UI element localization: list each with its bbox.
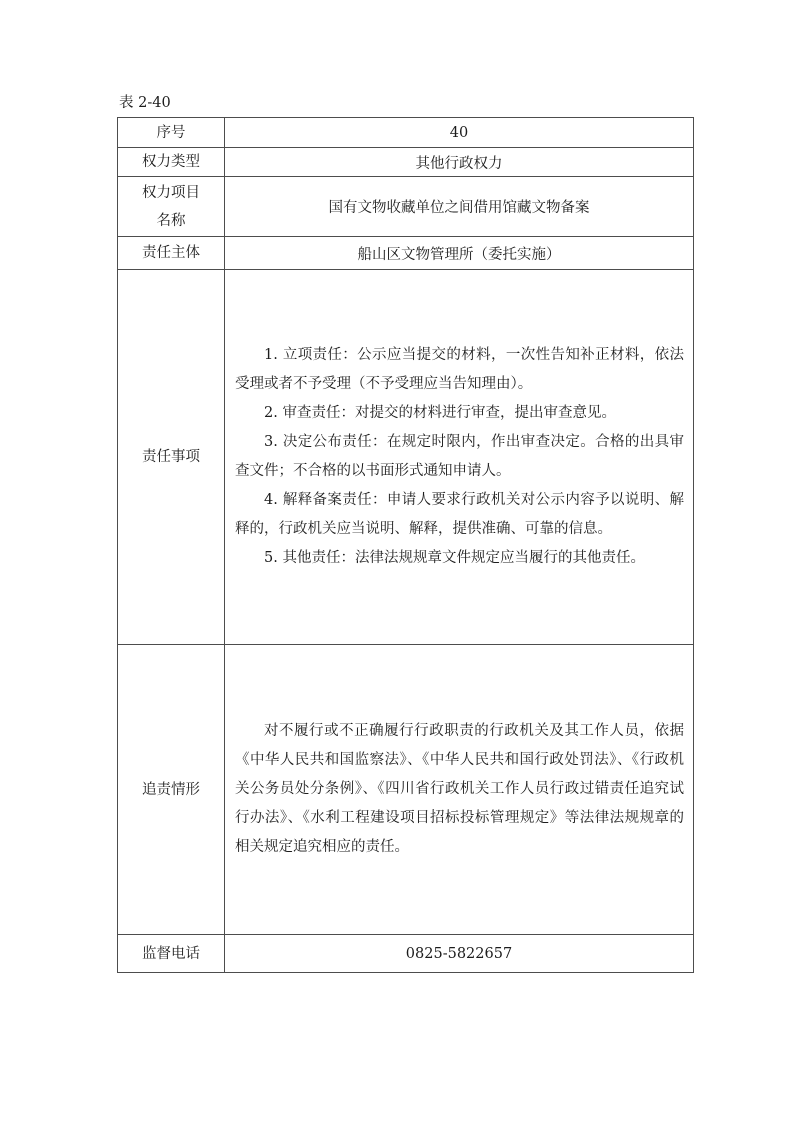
responsibility-table: 序号 40 权力类型 其他行政权力 权力项目 名称 国有文物收藏单位之间借用馆藏… [117, 117, 694, 973]
power-item-name-value: 国有文物收藏单位之间借用馆藏文物备案 [225, 177, 694, 237]
table-row-power-item-name: 权力项目 名称 国有文物收藏单位之间借用馆藏文物备案 [118, 177, 694, 237]
duty-items-text: 1. 立项责任：公示应当提交的材料，一次性告知补正材料，依法受理或者不予受理（不… [225, 270, 694, 645]
accountability-paragraph-1: 对不履行或不正确履行行政职责的行政机关及其工作人员，依据《中华人民共和国监察法》… [235, 717, 684, 862]
duty-paragraph-2: 2. 审查责任：对提交的材料进行审查，提出审查意见。 [235, 399, 684, 428]
accountability-text: 对不履行或不正确履行行政职责的行政机关及其工作人员，依据《中华人民共和国监察法》… [225, 645, 694, 935]
row-label-serial: 序号 [118, 118, 225, 148]
table-row-power-type: 权力类型 其他行政权力 [118, 148, 694, 177]
duty-paragraph-4: 4. 解释备案责任：申请人要求行政机关对公示内容予以说明、解释的，行政机关应当说… [235, 486, 684, 544]
duty-paragraph-5: 5. 其他责任：法律法规规章文件规定应当履行的其他责任。 [235, 544, 684, 573]
supervision-phone-value: 0825-5822657 [225, 935, 694, 973]
row-label-responsible-entity: 责任主体 [118, 237, 225, 270]
duty-paragraph-3: 3. 决定公布责任：在规定时限内，作出审查决定。合格的出具审查文件；不合格的以书… [235, 428, 684, 486]
responsible-entity-value: 船山区文物管理所（委托实施） [225, 237, 694, 270]
row-label-accountability: 追责情形 [118, 645, 225, 935]
row-label-power-item-line1: 权力项目 [122, 179, 220, 207]
table-row-responsible-entity: 责任主体 船山区文物管理所（委托实施） [118, 237, 694, 270]
serial-value: 40 [225, 118, 694, 148]
table-row-supervision-phone: 监督电话 0825-5822657 [118, 935, 694, 973]
table-row-duty-items: 责任事项 1. 立项责任：公示应当提交的材料，一次性告知补正材料，依法受理或者不… [118, 270, 694, 645]
table-row-serial: 序号 40 [118, 118, 694, 148]
row-label-power-type: 权力类型 [118, 148, 225, 177]
document-page: 表 2-40 序号 40 权力类型 其他行政权力 权力项目 名称 国有文物收藏单… [117, 95, 695, 973]
duty-paragraph-1: 1. 立项责任：公示应当提交的材料，一次性告知补正材料，依法受理或者不予受理（不… [235, 341, 684, 399]
row-label-duty-items: 责任事项 [118, 270, 225, 645]
table-caption: 表 2-40 [119, 95, 695, 111]
row-label-power-item-name: 权力项目 名称 [118, 177, 225, 237]
power-type-value: 其他行政权力 [225, 148, 694, 177]
row-label-power-item-line2: 名称 [122, 207, 220, 235]
row-label-supervision-phone: 监督电话 [118, 935, 225, 973]
table-row-accountability: 追责情形 对不履行或不正确履行行政职责的行政机关及其工作人员，依据《中华人民共和… [118, 645, 694, 935]
